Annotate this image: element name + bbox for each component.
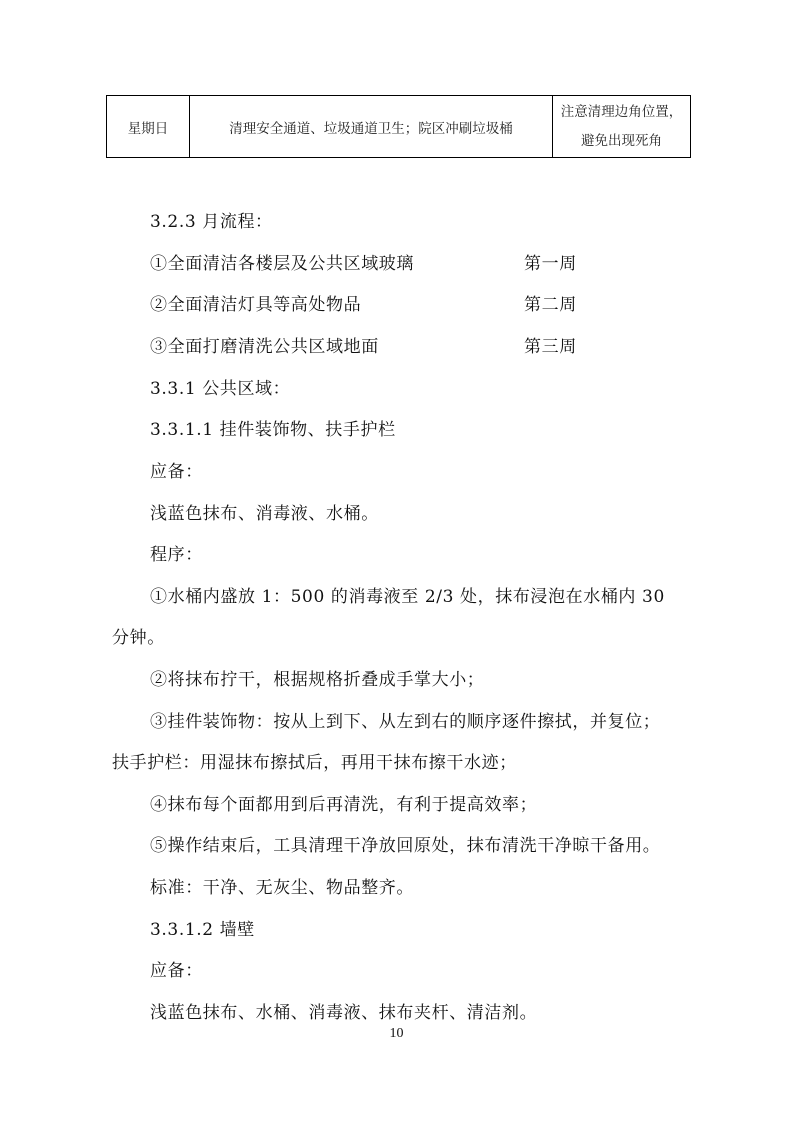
note-line-2: 避免出现死角 xyxy=(553,127,690,156)
monthly-item-week-2: 第二周 xyxy=(524,295,577,315)
section-heading-323: 3.2.3 月流程： xyxy=(150,212,273,232)
prep-label: 应备： xyxy=(150,462,203,482)
step-1-line-2: 分钟。 xyxy=(112,628,165,648)
procedure-label: 程序： xyxy=(150,545,203,565)
prep-label-2: 应备： xyxy=(150,961,203,981)
table-cell-task: 清理安全通道、垃圾通道卫生；院区冲刷垃圾桶 xyxy=(190,96,553,158)
table-row: 星期日 清理安全通道、垃圾通道卫生；院区冲刷垃圾桶 注意清理边角位置， 避免出现… xyxy=(107,96,691,158)
monthly-item-2: ②全面清洁灯具等高处物品 xyxy=(150,295,361,315)
prep-items-2: 浅蓝色抹布、水桶、消毒液、抹布夹杆、清洁剂。 xyxy=(150,1003,537,1023)
document-page: 星期日 清理安全通道、垃圾通道卫生；院区冲刷垃圾桶 注意清理边角位置， 避免出现… xyxy=(0,0,793,1122)
monthly-item-3: ③全面打磨清洗公共区域地面 xyxy=(150,337,379,357)
step-5: ⑤操作结束后，工具清理干净放回原处，抹布清洗干净晾干备用。 xyxy=(150,836,660,856)
step-3-line-1: ③挂件装饰物：按从上到下、从左到右的顺序逐件擦拭，并复位； xyxy=(150,712,660,732)
subsection-heading-3311: 3.3.1.1 挂件装饰物、扶手护栏 xyxy=(150,420,396,440)
monthly-item-text: ①全面清洁各楼层及公共区域玻璃 xyxy=(150,254,414,274)
monthly-item-week-1: 第一周 xyxy=(524,254,577,274)
standard-text: 标准：干净、无灰尘、物品整齐。 xyxy=(150,878,414,898)
monthly-item-text: ③全面打磨清洗公共区域地面 xyxy=(150,337,379,357)
subsection-heading-3312: 3.3.1.2 墙壁 xyxy=(150,920,255,940)
page-number: 10 xyxy=(0,1026,793,1042)
note-line-1: 注意清理边角位置， xyxy=(553,98,690,127)
step-1-line-1: ①水桶内盛放 1：500 的消毒液至 2/3 处，抹布浸泡在水桶内 30 xyxy=(150,587,665,607)
schedule-table: 星期日 清理安全通道、垃圾通道卫生；院区冲刷垃圾桶 注意清理边角位置， 避免出现… xyxy=(106,95,691,158)
step-4: ④抹布每个面都用到后再清洗，有利于提高效率； xyxy=(150,795,537,815)
prep-items: 浅蓝色抹布、消毒液、水桶。 xyxy=(150,504,379,524)
table-cell-day: 星期日 xyxy=(107,96,190,158)
table-cell-note: 注意清理边角位置， 避免出现死角 xyxy=(553,96,691,158)
section-heading-331: 3.3.1 公共区域： xyxy=(150,379,290,399)
monthly-item-text: ②全面清洁灯具等高处物品 xyxy=(150,295,361,315)
step-3-line-2: 扶手护栏：用湿抹布擦拭后，再用干抹布擦干水迹； xyxy=(112,753,517,773)
monthly-item-1: ①全面清洁各楼层及公共区域玻璃 xyxy=(150,254,414,274)
monthly-item-week-3: 第三周 xyxy=(524,337,577,357)
step-2: ②将抹布拧干，根据规格折叠成手掌大小； xyxy=(150,670,484,690)
